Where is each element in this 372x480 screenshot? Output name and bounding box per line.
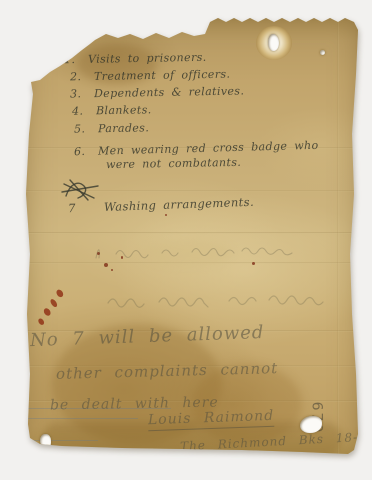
list-item-7-number: 7 <box>68 200 104 215</box>
list-item-3: 3.Dependents & relatives. <box>70 84 245 100</box>
ruled-line <box>26 440 98 441</box>
scanned-document-photo: 1.Visits to prisoners. 2.Treatment of of… <box>0 0 372 480</box>
list-item-6: 6.Men wearing red cross badge who <box>74 139 319 158</box>
list-item-2-number: 2. <box>70 70 94 83</box>
list-item-1-number: 1. <box>64 53 88 66</box>
torn-paper-sheet: 1.Visits to prisoners. 2.Treatment of of… <box>22 14 362 462</box>
list-item-6-text-cont: were not combatants. <box>106 156 241 171</box>
crossed-out-scribble <box>60 178 102 202</box>
reply-line-1: No 7 will be allowed <box>30 322 265 351</box>
list-item-4-text: Blankets. <box>96 103 152 117</box>
pin-hole <box>320 50 325 55</box>
ink-spot <box>111 269 113 271</box>
red-ink-mark <box>26 281 81 331</box>
vertical-crease-line <box>337 14 339 462</box>
list-item-1: 1.Visits to prisoners. <box>64 51 207 66</box>
paper-hole <box>268 34 279 51</box>
faint-handwriting-line <box>104 290 349 310</box>
list-item-2: 2.Treatment of officers. <box>70 68 231 84</box>
crease-line <box>22 232 362 234</box>
list-item-5: 5.Parades. <box>74 121 149 135</box>
ruled-line <box>26 418 138 419</box>
paper-tear <box>40 434 51 448</box>
list-item-6-text: Men wearing red cross badge who <box>98 139 319 158</box>
list-item-7-text: Washing arrangements. <box>104 195 254 214</box>
faint-handwriting-line <box>92 242 322 262</box>
list-item-5-number: 5. <box>74 122 98 135</box>
list-item-1-text: Visits to prisoners. <box>88 51 207 66</box>
list-item-4: 4.Blankets. <box>72 103 152 117</box>
list-item-6-number: 6. <box>74 145 98 159</box>
list-item-3-text: Dependents & relatives. <box>94 84 245 100</box>
list-item-3-number: 3. <box>70 87 94 100</box>
list-item-5-text: Parades. <box>98 121 149 135</box>
list-item-2-text: Treatment of officers. <box>94 68 231 83</box>
list-item-6-continuation: were not combatants. <box>106 156 241 171</box>
ink-spot <box>165 214 167 216</box>
ink-spot <box>252 262 255 265</box>
list-item-4-number: 4. <box>72 104 96 117</box>
paper-shadow-wrap: 1.Visits to prisoners. 2.Treatment of of… <box>22 14 362 462</box>
ink-spot <box>104 263 108 267</box>
